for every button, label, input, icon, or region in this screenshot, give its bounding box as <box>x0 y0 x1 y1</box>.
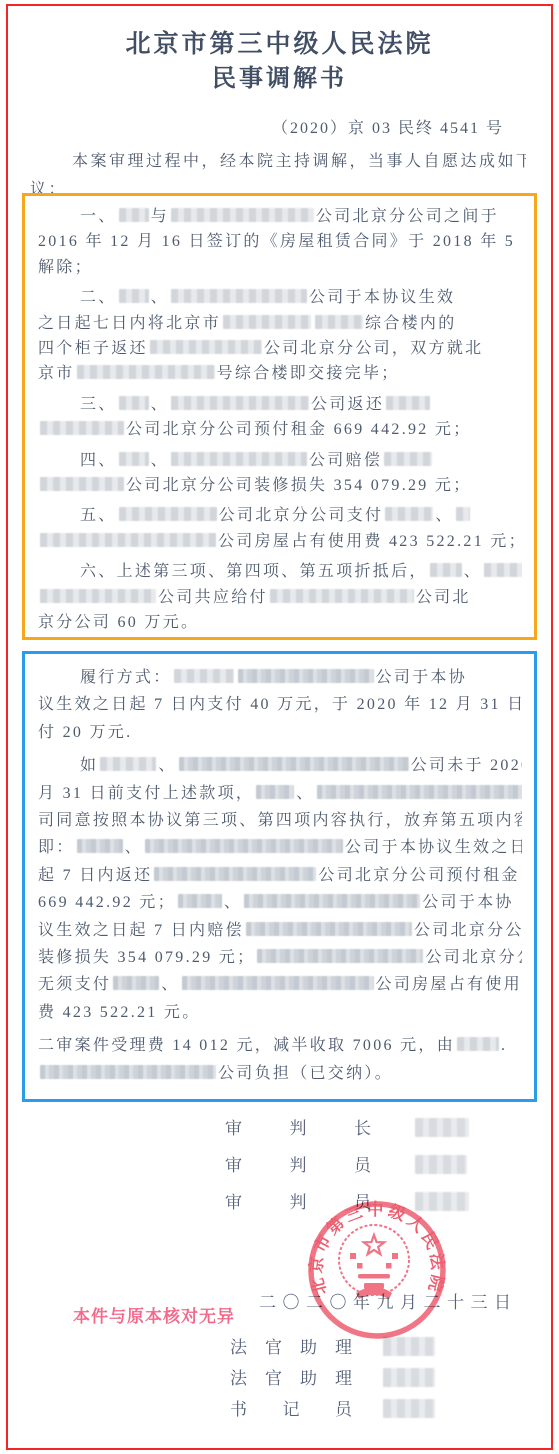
text-segment: 费 423 522.21 元。 <box>38 1004 201 1021</box>
text-segment: 四、 <box>80 452 117 469</box>
redacted-text <box>179 757 409 771</box>
redacted-text <box>456 507 470 521</box>
redacted-name <box>383 1368 435 1387</box>
clause-paragraph: 履行方式：公司于本协议生效之日起 7 日内支付 40 万元，于 2020 年 1… <box>38 664 522 746</box>
redacted-text <box>171 452 307 466</box>
text-segment: 公司北京分公司支付 <box>219 507 384 524</box>
redacted-text <box>119 452 149 466</box>
text-line: 履行方式：公司于本协 <box>38 664 522 691</box>
redacted-text <box>257 949 423 963</box>
redacted-text <box>119 208 149 222</box>
text-segment: 公司北京分公司预付租金 <box>318 867 519 884</box>
text-segment: 三、 <box>80 396 117 413</box>
text-line: 669 442.92 元；、公司于本协 <box>38 889 522 916</box>
text-segment: . <box>501 1037 507 1054</box>
clause-paragraph: 二审案件受理费 14 012 元，减半收取 7006 元，由.公司负担（已交纳）… <box>38 1032 522 1087</box>
text-segment: 公司于本协 <box>376 669 468 686</box>
text-segment: 京分公司 60 万元。 <box>38 614 199 631</box>
text-line: 四个柜子返还公司北京分公司，双方就北 <box>38 336 522 361</box>
signature-role-label: 审判长 <box>225 1114 371 1139</box>
redacted-text <box>119 396 149 410</box>
text-segment: 、 <box>151 452 169 469</box>
seal-ring-text: 北京市第三中级人民法院 <box>305 1199 448 1297</box>
text-segment: 无须支付 <box>38 976 111 993</box>
redacted-text <box>171 208 314 222</box>
text-segment: 之日起七日内将北京市 <box>38 315 221 332</box>
redacted-text <box>150 340 262 354</box>
clause-paragraph: 二、、公司于本协议生效之日起七日内将北京市综合楼内的四个柜子返还公司北京分公司，… <box>38 285 522 387</box>
text-segment: 二、 <box>80 289 117 306</box>
text-segment: 议生效之日起 7 日内支付 40 万元，于 2020 年 12 月 31 日之前… <box>38 696 522 713</box>
court-title: 北京市第三中级人民法院 <box>0 24 559 60</box>
redacted-text <box>385 507 433 521</box>
signature-row: 审判员 <box>225 1151 469 1172</box>
redacted-text <box>182 976 374 990</box>
clause-paragraph: 如、公司未于 2020 年 12月 31 日前支付上述款项，、公司同意按照本协议… <box>38 752 522 1026</box>
text-segment: 公司于本协 <box>422 894 514 911</box>
text-line: 一、与公司北京分公司之间于 <box>38 204 522 229</box>
clause-paragraph: 六、上述第三项、第四项、第五项折抵后，、公司共应给付公司北京分公司 60 万元。 <box>38 559 522 635</box>
redacted-text <box>430 563 462 577</box>
text-segment: 与 <box>151 208 169 225</box>
redacted-text <box>317 785 522 799</box>
redacted-text <box>77 839 123 853</box>
text-segment: 起 7 日内返还 <box>38 867 152 884</box>
text-line: 京分公司 60 万元。 <box>38 610 522 635</box>
signature-row: 书记员 <box>230 1395 435 1416</box>
redacted-name <box>415 1118 469 1137</box>
text-segment: 公司于本协议生效 <box>309 289 455 306</box>
text-line: 2016 年 12 月 16 日签订的《房屋租赁合同》于 2018 年 5 月 … <box>38 229 522 254</box>
text-line: 六、上述第三项、第四项、第五项折抵后，、 <box>38 559 522 584</box>
clause-paragraph: 一、与公司北京分公司之间于2016 年 12 月 16 日签订的《房屋租赁合同》… <box>38 204 522 280</box>
text-segment: 综合楼内的 <box>365 315 457 332</box>
text-line: 二审案件受理费 14 012 元，减半收取 7006 元，由. <box>38 1032 522 1059</box>
text-segment: 京市 <box>38 365 75 382</box>
text-line: 付 20 万元. <box>38 719 522 746</box>
text-line: 议生效之日起 7 日内支付 40 万元，于 2020 年 12 月 31 日之前… <box>38 691 522 718</box>
text-line: 本案审理过程中，经本院主持调解，当事人自愿达成如下协 <box>30 148 526 176</box>
redacted-text <box>384 452 432 466</box>
text-line: 公司共应给付公司北 <box>38 585 522 610</box>
text-segment: 、 <box>435 507 453 524</box>
text-line: 即：、公司于本协议生效之日 <box>38 834 522 861</box>
redacted-text <box>223 315 311 329</box>
redacted-text <box>145 839 343 853</box>
signature-row: 审判长 <box>225 1114 469 1135</box>
redacted-text <box>171 396 309 410</box>
text-segment: 公司房屋占有使用费 423 522.21 元； <box>218 533 522 550</box>
text-segment: 公司北京分公司之间于 <box>316 208 499 225</box>
text-line: 五、公司北京分公司支付、 <box>38 503 522 528</box>
text-segment: 六、上述第三项、第四项、第五项折抵后， <box>80 563 428 580</box>
signature-role-label: 审判员 <box>225 1151 371 1176</box>
text-segment: 、 <box>158 757 176 774</box>
redacted-text <box>315 315 363 329</box>
redacted-text <box>238 669 374 683</box>
text-segment: 、 <box>151 396 169 413</box>
text-line: 月 31 日前支付上述款项，、公 <box>38 780 522 807</box>
text-segment: 五、 <box>80 507 117 524</box>
text-segment: 公司未于 2020 年 12 <box>411 757 522 774</box>
text-segment: 、 <box>125 839 143 856</box>
text-segment: 装修损失 354 079.29 元； <box>38 949 255 966</box>
redacted-text <box>40 477 124 491</box>
text-segment: 四个柜子返还 <box>38 340 148 357</box>
text-segment: 公司北京分公司装修损失 354 079.29 元； <box>126 477 472 494</box>
doc-type-title: 民事调解书 <box>0 58 559 93</box>
redacted-text <box>100 757 156 771</box>
redacted-text <box>119 289 149 303</box>
text-line: 无须支付、公司房屋占有使用 <box>38 971 522 998</box>
text-segment: 、 <box>161 976 179 993</box>
redacted-text <box>171 289 307 303</box>
redacted-text <box>386 396 430 410</box>
text-line: 解除； <box>38 255 522 280</box>
case-number: （2020）京 03 民终 4541 号 <box>272 115 504 138</box>
text-line: 司同意按照本协议第三项、第四项内容执行，放弃第五项内容， <box>38 807 522 834</box>
text-line: 京市号综合楼即交接完毕； <box>38 361 522 386</box>
text-segment: 、 <box>151 289 169 306</box>
agreement-box: 一、与公司北京分公司之间于2016 年 12 月 16 日签订的《房屋租赁合同》… <box>22 193 537 640</box>
redacted-text <box>119 507 217 521</box>
text-line: 之日起七日内将北京市综合楼内的 <box>38 311 522 336</box>
signature-role-label: 书记员 <box>230 1395 352 1420</box>
redacted-text <box>484 563 522 577</box>
text-line: 议生效之日起 7 日内赔偿公司北京分公司 <box>38 917 522 944</box>
redacted-text <box>246 922 412 936</box>
text-segment: 2016 年 12 月 16 日签订的《房屋租赁合同》于 2018 年 5 月 … <box>38 233 522 250</box>
clause-paragraph: 四、、公司赔偿公司北京分公司装修损失 354 079.29 元； <box>38 448 522 499</box>
text-segment: 月 31 日前支付上述款项， <box>38 785 254 802</box>
redacted-text <box>270 589 414 603</box>
signature-role-label: 法官助理 <box>230 1364 352 1389</box>
redacted-text <box>154 867 316 881</box>
text-line: 二、、公司于本协议生效 <box>38 285 522 310</box>
text-segment: 公司北京分公司 <box>414 922 522 939</box>
text-segment: 公司北京分公司 <box>425 949 522 966</box>
text-segment: 号综合楼即交接完毕； <box>217 365 400 382</box>
text-segment: 公司赔偿 <box>309 452 382 469</box>
redacted-text <box>457 1037 499 1051</box>
clause-paragraph: 三、、公司返还公司北京分公司预付租金 669 442.92 元； <box>38 392 522 443</box>
text-line: 如、公司未于 2020 年 12 <box>38 752 522 779</box>
court-seal: 北京市第三中级人民法院 <box>302 1195 452 1345</box>
text-segment: 公司房屋占有使用 <box>376 976 522 993</box>
redacted-text <box>40 421 124 435</box>
redacted-text <box>40 1065 216 1079</box>
text-segment: 即： <box>38 839 75 856</box>
redacted-text <box>244 894 420 908</box>
text-segment: 公司负担（已交纳）。 <box>218 1065 393 1082</box>
text-segment: 一、 <box>80 208 117 225</box>
redacted-text <box>256 785 294 799</box>
text-segment: 、 <box>224 894 242 911</box>
text-line: 装修损失 354 079.29 元；公司北京分公司 <box>38 944 522 971</box>
svg-text:北京市第三中级人民法院: 北京市第三中级人民法院 <box>305 1199 448 1297</box>
text-line: 公司北京分公司预付租金 669 442.92 元； <box>38 417 522 442</box>
text-line: 起 7 日内返还公司北京分公司预付租金 <box>38 862 522 889</box>
text-segment: 、 <box>296 785 314 802</box>
assistant-signature-rows: 法官助理法官助理书记员 <box>230 1333 435 1426</box>
text-segment: 二审案件受理费 14 012 元，减半收取 7006 元，由 <box>38 1037 455 1054</box>
text-line: 公司负担（已交纳）。 <box>38 1060 522 1087</box>
redacted-text <box>113 976 159 990</box>
redacted-name <box>383 1399 435 1418</box>
text-segment: 付 20 万元. <box>38 724 132 741</box>
text-segment: 公司北京分公司预付租金 669 442.92 元； <box>126 421 472 438</box>
text-segment: 669 442.92 元； <box>38 894 176 911</box>
redacted-text <box>174 669 234 683</box>
text-line: 公司房屋占有使用费 423 522.21 元； <box>38 529 522 554</box>
text-segment: 本案审理过程中，经本院主持调解，当事人自愿达成如下协 <box>72 153 526 170</box>
text-segment: 、 <box>464 563 482 580</box>
text-segment: 公司北 <box>416 589 471 606</box>
mediation-document: { "header": { "court": "北京市第三中级人民法院", "d… <box>0 0 559 1454</box>
text-segment: 解除； <box>38 259 93 276</box>
performance-box: 履行方式：公司于本协议生效之日起 7 日内支付 40 万元，于 2020 年 1… <box>22 651 537 1102</box>
text-segment: 履行方式： <box>80 669 172 686</box>
text-segment: 公司于本协议生效之日 <box>345 839 522 856</box>
redacted-text <box>77 365 215 379</box>
text-segment: 议生效之日起 7 日内赔偿 <box>38 922 244 939</box>
redacted-text <box>178 894 222 908</box>
text-segment: 公司返还 <box>311 396 384 413</box>
text-line: 费 423 522.21 元。 <box>38 999 522 1026</box>
text-line: 公司北京分公司装修损失 354 079.29 元； <box>38 473 522 498</box>
text-line: 三、、公司返还 <box>38 392 522 417</box>
national-emblem-icon <box>339 1225 409 1299</box>
text-segment: 司同意按照本协议第三项、第四项内容执行，放弃第五项内容， <box>38 812 522 829</box>
copy-verification-stamp: 本件与原本核对无异 <box>73 1302 235 1327</box>
text-line: 四、、公司赔偿 <box>38 448 522 473</box>
redacted-name <box>415 1155 467 1174</box>
redacted-text <box>40 589 156 603</box>
text-segment: 如 <box>80 757 98 774</box>
text-segment: 公司共应给付 <box>158 589 268 606</box>
signature-row: 法官助理 <box>230 1364 435 1385</box>
redacted-text <box>40 533 216 547</box>
clause-paragraph: 五、公司北京分公司支付、公司房屋占有使用费 423 522.21 元； <box>38 503 522 554</box>
text-segment: 公司北京分公司，双方就北 <box>264 340 484 357</box>
